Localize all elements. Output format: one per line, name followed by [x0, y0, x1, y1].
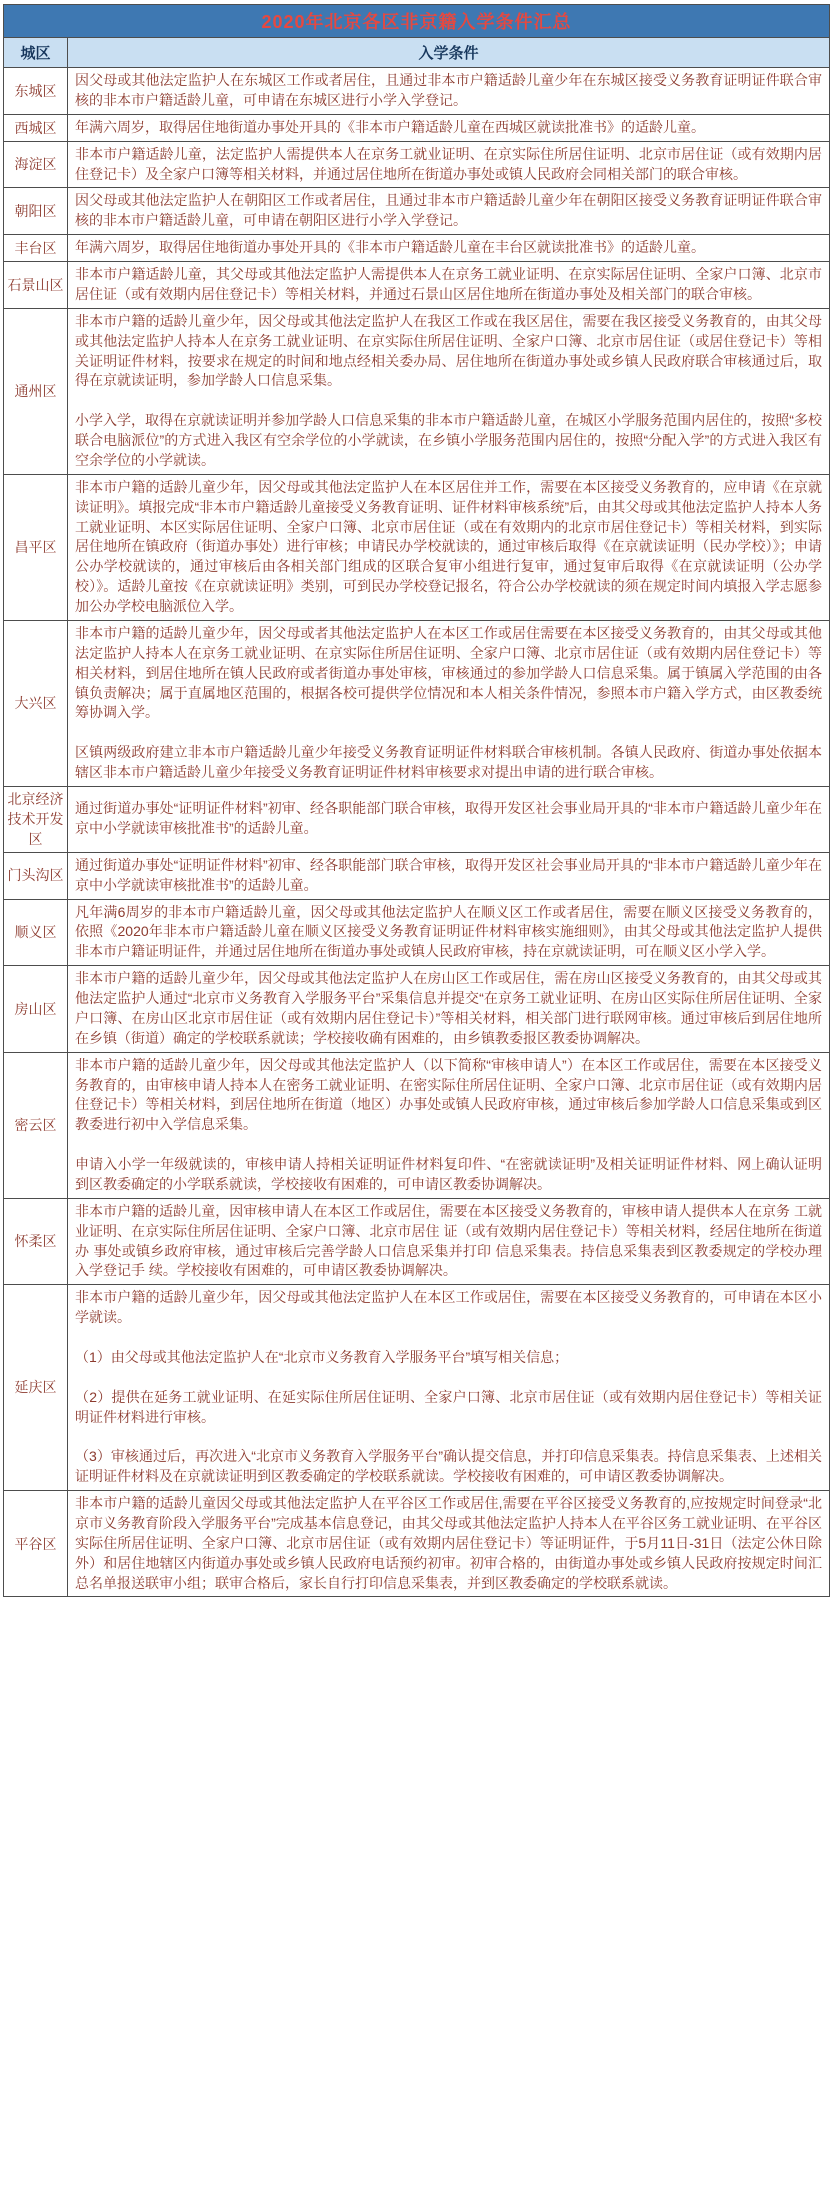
district-cell: 大兴区	[4, 620, 68, 786]
condition-cell: 非本市户籍适龄儿童，法定监护人需提供本人在京务工就业证明、在京实际住所居住证明、…	[68, 141, 830, 188]
table-row: 昌平区 非本市户籍的适龄儿童少年，因父母或其他法定监护人在本区居住并工作，需要在…	[4, 474, 830, 620]
condition-cell: 通过街道办事处“证明证件材料”初审、经各职能部门联合审核，取得开发区社会事业局开…	[68, 786, 830, 852]
enrollment-conditions-table: 2020年北京各区非京籍入学条件汇总 城区 入学条件 东城区 因父母或其他法定监…	[3, 4, 830, 1597]
district-cell: 朝阳区	[4, 188, 68, 235]
condition-cell: 通过街道办事处“证明证件材料”初审、经各职能部门联合审核，取得开发区社会事业局开…	[68, 852, 830, 899]
district-cell: 海淀区	[4, 141, 68, 188]
table-row: 东城区 因父母或其他法定监护人在东城区工作或者居住，且通过非本市户籍适龄儿童少年…	[4, 68, 830, 115]
district-cell: 平谷区	[4, 1491, 68, 1597]
condition-cell: 凡年满6周岁的非本市户籍适龄儿童，因父母或其他法定监护人在顺义区工作或者居住，需…	[68, 899, 830, 966]
district-cell: 北京经济技术开发区	[4, 786, 68, 852]
table-row: 延庆区 非本市户籍的适龄儿童少年，因父母或其他法定监护人在本区工作或居住，需要在…	[4, 1285, 830, 1491]
district-cell: 密云区	[4, 1052, 68, 1198]
district-cell: 延庆区	[4, 1285, 68, 1491]
table-row: 怀柔区 非本市户籍的适龄儿童，因审核申请人在本区工作或居住，需要在本区接受义务教…	[4, 1198, 830, 1285]
district-cell: 西城区	[4, 114, 68, 141]
table-row: 朝阳区 因父母或其他法定监护人在朝阳区工作或者居住，且通过非本市户籍适龄儿童少年…	[4, 188, 830, 235]
condition-cell: 因父母或其他法定监护人在东城区工作或者居住，且通过非本市户籍适龄儿童少年在东城区…	[68, 68, 830, 115]
page-title: 2020年北京各区非京籍入学条件汇总	[4, 5, 830, 38]
table-row: 门头沟区 通过街道办事处“证明证件材料”初审、经各职能部门联合审核，取得开发区社…	[4, 852, 830, 899]
table-row: 通州区 非本市户籍的适龄儿童少年，因父母或其他法定监护人在我区工作或在我区居住，…	[4, 308, 830, 474]
table-row: 丰台区 年满六周岁，取得居住地街道办事处开具的《非本市户籍适龄儿童在丰台区就读批…	[4, 235, 830, 262]
table-row: 顺义区 凡年满6周岁的非本市户籍适龄儿童，因父母或其他法定监护人在顺义区工作或者…	[4, 899, 830, 966]
table-row: 大兴区 非本市户籍的适龄儿童少年，因父母或者其他法定监护人在本区工作或居住需要在…	[4, 620, 830, 786]
table-row: 密云区 非本市户籍的适龄儿童少年，因父母或其他法定监护人（以下简称“审核申请人”…	[4, 1052, 830, 1198]
condition-cell: 因父母或其他法定监护人在朝阳区工作或者居住，且通过非本市户籍适龄儿童少年在朝阳区…	[68, 188, 830, 235]
district-cell: 门头沟区	[4, 852, 68, 899]
table-row: 平谷区 非本市户籍的适龄儿童因父母或其他法定监护人在平谷区工作或居住,需要在平谷…	[4, 1491, 830, 1597]
condition-cell: 年满六周岁，取得居住地街道办事处开具的《非本市户籍适龄儿童在西城区就读批准书》的…	[68, 114, 830, 141]
condition-cell: 非本市户籍的适龄儿童因父母或其他法定监护人在平谷区工作或居住,需要在平谷区接受义…	[68, 1491, 830, 1597]
table-row: 北京经济技术开发区 通过街道办事处“证明证件材料”初审、经各职能部门联合审核，取…	[4, 786, 830, 852]
district-cell: 顺义区	[4, 899, 68, 966]
district-cell: 房山区	[4, 966, 68, 1053]
column-header-district: 城区	[4, 38, 68, 68]
table-row: 房山区 非本市户籍的适龄儿童少年，因父母或其他法定监护人在房山区工作或居住，需在…	[4, 966, 830, 1053]
table-row: 石景山区 非本市户籍适龄儿童，其父母或其他法定监护人需提供本人在京务工就业证明、…	[4, 262, 830, 309]
district-cell: 东城区	[4, 68, 68, 115]
condition-cell: 非本市户籍的适龄儿童少年，因父母或其他法定监护人（以下简称“审核申请人”）在本区…	[68, 1052, 830, 1198]
condition-cell: 非本市户籍的适龄儿童少年，因父母或其他法定监护人在本区居住并工作，需要在本区接受…	[68, 474, 830, 620]
condition-cell: 非本市户籍的适龄儿童少年，因父母或其他法定监护人在房山区工作或居住，需在房山区接…	[68, 966, 830, 1053]
column-header-row: 城区 入学条件	[4, 38, 830, 68]
district-cell: 通州区	[4, 308, 68, 474]
column-header-condition: 入学条件	[68, 38, 830, 68]
condition-cell: 非本市户籍的适龄儿童少年，因父母或其他法定监护人在我区工作或在我区居住，需要在我…	[68, 308, 830, 474]
title-row: 2020年北京各区非京籍入学条件汇总	[4, 5, 830, 38]
district-cell: 昌平区	[4, 474, 68, 620]
condition-cell: 非本市户籍的适龄儿童，因审核申请人在本区工作或居住，需要在本区接受义务教育的，审…	[68, 1198, 830, 1285]
district-cell: 石景山区	[4, 262, 68, 309]
table-row: 海淀区 非本市户籍适龄儿童，法定监护人需提供本人在京务工就业证明、在京实际住所居…	[4, 141, 830, 188]
article-table-sheet: 2020年北京各区非京籍入学条件汇总 城区 入学条件 东城区 因父母或其他法定监…	[0, 0, 833, 1603]
condition-cell: 年满六周岁，取得居住地街道办事处开具的《非本市户籍适龄儿童在丰台区就读批准书》的…	[68, 235, 830, 262]
condition-cell: 非本市户籍适龄儿童，其父母或其他法定监护人需提供本人在京务工就业证明、在京实际居…	[68, 262, 830, 309]
district-cell: 怀柔区	[4, 1198, 68, 1285]
district-cell: 丰台区	[4, 235, 68, 262]
table-body: 东城区 因父母或其他法定监护人在东城区工作或者居住，且通过非本市户籍适龄儿童少年…	[4, 68, 830, 1597]
condition-cell: 非本市户籍的适龄儿童少年，因父母或其他法定监护人在本区工作或居住，需要在本区接受…	[68, 1285, 830, 1491]
table-row: 西城区 年满六周岁，取得居住地街道办事处开具的《非本市户籍适龄儿童在西城区就读批…	[4, 114, 830, 141]
condition-cell: 非本市户籍的适龄儿童少年，因父母或者其他法定监护人在本区工作或居住需要在本区接受…	[68, 620, 830, 786]
